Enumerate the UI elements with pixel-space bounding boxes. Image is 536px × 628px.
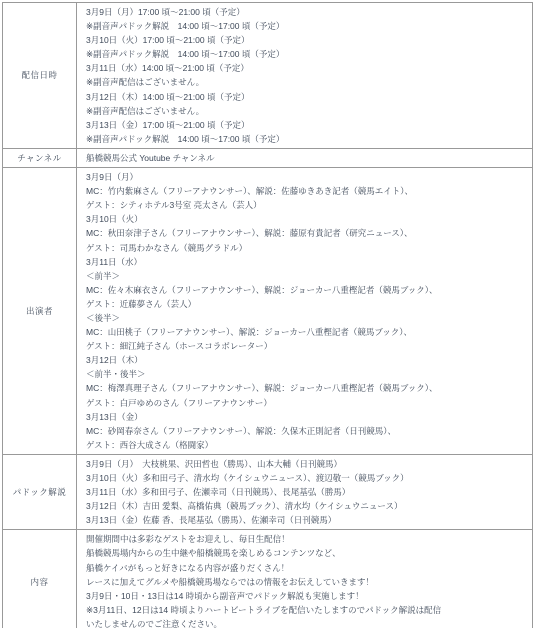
text-line: MC：砂岡春奈さん（フリーアナウンサー）、解説：久保木正則記者（日刊競馬）、 (86, 424, 526, 438)
text-line: MC：竹内紫麻さん（フリーアナウンサー）、解説：佐藤ゆきあき記者（競馬エイト）、 (86, 184, 526, 198)
text-line: 3月12日（木） (86, 353, 526, 367)
text-line: MC：山田桃子（フリーアナウンサー）、解説：ジョーカー八重樫記者（競馬ブック）、 (86, 325, 526, 339)
row-content-channel: 船橋競馬公式 Youtube チャンネル (77, 148, 533, 167)
text-line: ゲスト：白戸ゆめのさん（フリーアナウンサー） (86, 396, 526, 410)
row-content-contents: 開催期間中は多彩なゲストをお迎えし、毎日生配信！船橋競馬場内からの生中継や船橋競… (77, 530, 533, 628)
table-row-broadcast-schedule: 配信日時3月9日（月）17:00 頃～21:00 頃（予定）※副音声パドック解説… (3, 3, 533, 149)
text-line: ゲスト：司馬わかなさん（競馬グラドル） (86, 241, 526, 255)
text-line: MC：梅澤真理子さん（フリーアナウンサー）、解説：ジョーカー八重樫記者（競馬ブッ… (86, 381, 526, 395)
table-row-channel: チャンネル船橋競馬公式 Youtube チャンネル (3, 148, 533, 167)
text-line: 3月13日（金）17:00 頃～21:00 頃（予定） (86, 118, 526, 132)
text-line: レースに加えてグルメや船橋競馬場ならではの情報をお伝えしていきます！ (86, 575, 526, 589)
text-line: ※副音声配信はございません。 (86, 104, 526, 118)
text-line: 船橋競馬公式 Youtube チャンネル (86, 151, 526, 165)
text-line: 3月10日（火） (86, 212, 526, 226)
text-line: 開催期間中は多彩なゲストをお迎えし、毎日生配信！ (86, 532, 526, 546)
table-row-performers: 出演者3月9日（月）MC：竹内紫麻さん（フリーアナウンサー）、解説：佐藤ゆきあき… (3, 168, 533, 455)
text-line: 船橋競馬場内からの生中継や船橋競馬を楽しめるコンテンツなど、 (86, 546, 526, 560)
text-line: 3月9日（月） 大枝桃果、沢田哲也（勝馬）、山本大輔（日刊競馬） (86, 457, 526, 471)
text-line: ゲスト：西谷大成さん（格闘家） (86, 438, 526, 452)
row-label-contents: 内容 (3, 530, 77, 628)
text-line: ※3月11日、12日は14 時頃よりハートビートライブを配信いたしますのでパドッ… (86, 603, 526, 617)
text-line: ＜後半＞ (86, 311, 526, 325)
text-line: 3月12日（木）14:00 頃～21:00 頃（予定） (86, 90, 526, 104)
info-table: 配信日時3月9日（月）17:00 頃～21:00 頃（予定）※副音声パドック解説… (2, 2, 533, 628)
text-line: 3月10日（火）多和田弓子、清水均（ケイシュウニュース）、渡辺敬一（競馬ブック） (86, 471, 526, 485)
text-line: いたしませんのでご注意ください。 (86, 617, 526, 628)
text-line: 3月11日（水）多和田弓子、佐瀬幸司（日刊競馬）、長尾基弘（勝馬） (86, 485, 526, 499)
text-line: ゲスト：近藤夢さん（芸人） (86, 297, 526, 311)
text-line: ゲスト：細江純子さん（ホースコラボレーター） (86, 339, 526, 353)
text-line: 3月12日（木）吉田 愛梨、高橋佑典（競馬ブック）、清水均（ケイシュウニュース） (86, 499, 526, 513)
row-label-channel: チャンネル (3, 148, 77, 167)
text-line: 3月11日（水）14:00 頃～21:00 頃（予定） (86, 61, 526, 75)
text-line: 3月13日（金）佐藤 香、長尾基弘（勝馬）、佐瀬幸司（日刊競馬） (86, 513, 526, 527)
text-line: ※副音声配信はございません。 (86, 75, 526, 89)
text-line: 3月11日（水） (86, 255, 526, 269)
row-content-paddock-commentary: 3月9日（月） 大枝桃果、沢田哲也（勝馬）、山本大輔（日刊競馬）3月10日（火）… (77, 454, 533, 529)
text-line: ＜前半＞ (86, 269, 526, 283)
table-row-paddock-commentary: パドック解説3月9日（月） 大枝桃果、沢田哲也（勝馬）、山本大輔（日刊競馬）3月… (3, 454, 533, 529)
text-line: 3月13日（金） (86, 410, 526, 424)
text-line: ※副音声パドック解説 14:00 頃～17:00 頃（予定） (86, 132, 526, 146)
text-line: ※副音声パドック解説 14:00 頃～17:00 頃（予定） (86, 47, 526, 61)
text-line: 3月10日（火）17:00 頃～21:00 頃（予定） (86, 33, 526, 47)
table-row-contents: 内容開催期間中は多彩なゲストをお迎えし、毎日生配信！船橋競馬場内からの生中継や船… (3, 530, 533, 628)
text-line: 3月9日（月）17:00 頃～21:00 頃（予定） (86, 5, 526, 19)
row-label-performers: 出演者 (3, 168, 77, 455)
text-line: ※副音声パドック解説 14:00 頃～17:00 頃（予定） (86, 19, 526, 33)
row-label-paddock-commentary: パドック解説 (3, 454, 77, 529)
row-content-broadcast-schedule: 3月9日（月）17:00 頃～21:00 頃（予定）※副音声パドック解説 14:… (77, 3, 533, 149)
text-line: MC：佐々木麻衣さん（フリーアナウンサー）、解説：ジョーカー八重樫記者（競馬ブッ… (86, 283, 526, 297)
text-line: MC：秋田奈津子さん（フリーアナウンサー）、解説：藤原有貴記者（研究ニュース）、 (86, 226, 526, 240)
text-line: 船橋ケイバがもっと好きになる内容が盛りだくさん！ (86, 561, 526, 575)
text-line: ＜前半・後半＞ (86, 367, 526, 381)
text-line: ゲスト：シティホテル3号室 亮太さん（芸人） (86, 198, 526, 212)
row-label-broadcast-schedule: 配信日時 (3, 3, 77, 149)
row-content-performers: 3月9日（月）MC：竹内紫麻さん（フリーアナウンサー）、解説：佐藤ゆきあき記者（… (77, 168, 533, 455)
text-line: 3月9日・10日・13日は14 時頃から副音声でパドック解説も実施します！ (86, 589, 526, 603)
page: 配信日時3月9日（月）17:00 頃～21:00 頃（予定）※副音声パドック解説… (0, 0, 536, 628)
info-table-body: 配信日時3月9日（月）17:00 頃～21:00 頃（予定）※副音声パドック解説… (3, 3, 533, 628)
text-line: 3月9日（月） (86, 170, 526, 184)
